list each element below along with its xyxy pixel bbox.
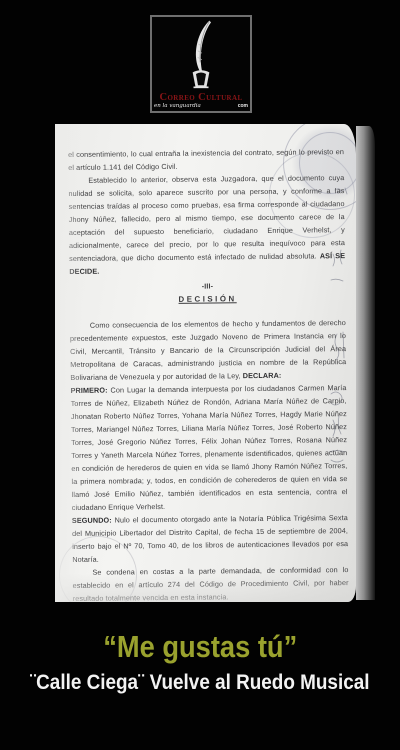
paragraph-costas: Se condena en costas a la parte demandad… xyxy=(72,563,348,602)
paragraph-consentimiento: el consentimiento, lo cual entraña la in… xyxy=(68,145,344,174)
page-background: Correo Cultural en la vanguardia com el … xyxy=(0,0,400,750)
logo-title: Correo Cultural xyxy=(159,92,242,103)
declara-bold: DECLARA: xyxy=(243,371,282,380)
article-subtitle: ¨Calle Ciega¨ Vuelve al Ruedo Musical xyxy=(30,670,370,696)
paragraph-segundo: SEGUNDO: Nulo el documento otorgado ante… xyxy=(72,511,349,566)
document-body-text: el consentimiento, lo cual entraña la in… xyxy=(68,145,349,602)
article-title: “Me gustas tú” xyxy=(103,630,297,664)
page-edge-shadow xyxy=(356,126,375,600)
logo-tagline-text: en la vanguardia xyxy=(154,103,201,109)
section-title-decision: DECISIÓN xyxy=(70,291,346,307)
caption-block: “Me gustas tú” ¨Calle Ciega¨ Vuelve al R… xyxy=(0,630,400,696)
logo-domain-text: com xyxy=(238,103,248,109)
primero-bold: PRIMERO: xyxy=(70,386,107,395)
paragraph-primero: PRIMERO: Con Lugar la demanda interpuest… xyxy=(70,381,347,514)
quill-pen-icon xyxy=(171,19,231,89)
court-document-photo: el consentimiento, lo cual entraña la in… xyxy=(55,124,356,602)
paragraph-establecido: Establecido lo anterior, observa esta Ju… xyxy=(68,171,345,278)
paragraph-como-consecuencia: Como consecuencia de los elementos de he… xyxy=(70,316,347,384)
segundo-bold: SEGUNDO: xyxy=(72,516,112,525)
correo-cultural-logo: Correo Cultural en la vanguardia com xyxy=(150,15,252,113)
logo-tagline: en la vanguardia com xyxy=(154,103,248,109)
